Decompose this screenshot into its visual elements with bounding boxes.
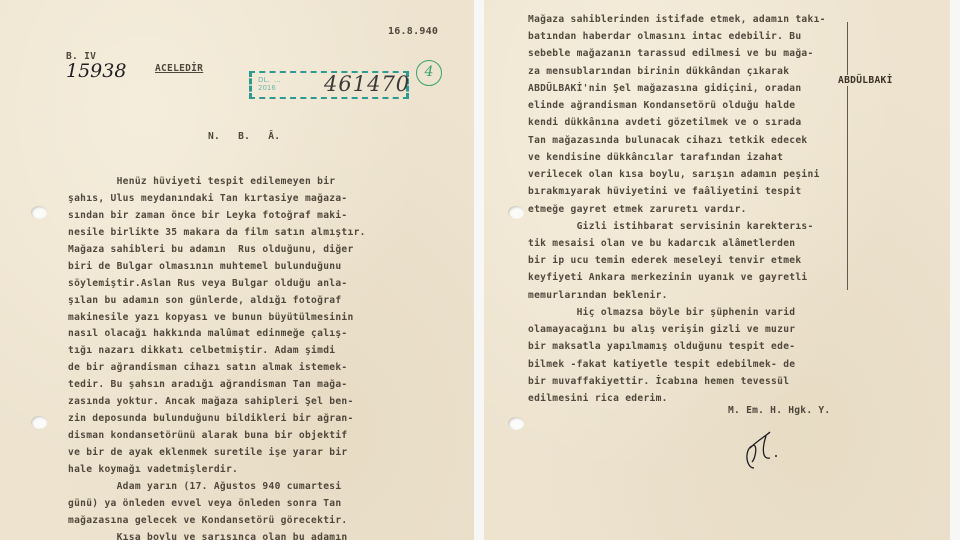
text-line: de bir ağrandisman cihazı satın almak is…: [68, 362, 348, 373]
text-line: nesile birlikte 35 makara da film satın …: [68, 227, 366, 238]
text-line: Hiç olmazsa böyle bir şüphenin varid: [528, 307, 795, 318]
text-line: biri de Bulgar olmasının muhtemel bulund…: [68, 261, 341, 272]
addressee: N. B. Â.: [208, 131, 280, 142]
punch-hole: [31, 206, 47, 219]
text-line: keyfiyeti Ankara merkezinin uyanık ve ga…: [528, 272, 808, 283]
text-line: tedir. Bu şahsın aradığı ağrandisman Tan…: [68, 379, 348, 390]
text-line: hale koymağı vadetmişlerdir.: [68, 464, 238, 475]
text-line: nasıl olacağı hakkında malûmat edinmeğe …: [68, 328, 348, 339]
text-line: zin deposunda bulunduğunu bildikleri bir…: [68, 413, 354, 424]
text-line: mağazasına gelecek ve Kondansetörü görec…: [68, 515, 348, 526]
text-line: zasında yoktur. Ancak mağaza sahipleri Ş…: [68, 396, 354, 407]
handwritten-signature: [740, 428, 780, 472]
text-line: za mensublarından birinin dükkândan çıka…: [528, 66, 789, 77]
text-line: tığı nazarı dikkatı celbetmiştir. Adam ş…: [68, 345, 335, 356]
text-line: batından haberdar olmasını intac edebili…: [528, 31, 801, 42]
text-line: verilecek olan kısa boylu, sarışın adamı…: [528, 169, 820, 180]
signature-block: M. Em. H. Hgk. Y.: [728, 405, 830, 416]
text-line: disman kondansetörünü alarak buna bir ob…: [68, 430, 348, 441]
text-line: edilmesini rica ederim.: [528, 393, 668, 404]
text-line: kendi dükkânına avdeti gözetilmek ve o s…: [528, 117, 801, 128]
stamp-label: DL. ... 2016: [258, 76, 281, 92]
text-line: memurlarından beklenir.: [528, 290, 668, 301]
text-line: olamayacağını bu alış verişin gizli ve m…: [528, 324, 795, 335]
text-line: bir maksatla yapılmamış olduğunu tespit …: [528, 341, 795, 352]
punch-hole: [508, 206, 524, 219]
text-line: Adam yarın (17. Ağustos 940 cumartesi: [68, 481, 341, 492]
text-line: ve kendisine dükkâncılar tarafından izah…: [528, 152, 783, 163]
text-line: ABDÜLBAKİ'nin Şel mağazasına gidiçini, o…: [528, 83, 801, 94]
punch-hole: [508, 417, 524, 430]
text-line: sından bir zaman önce bir Leyka fotoğraf…: [68, 210, 348, 221]
document-page-left: 16.8.940 B. IV 15938 ACELEDİR DL. ... 20…: [0, 0, 474, 540]
text-line: Gizli istihbarat servisinin karekterıs-: [528, 221, 814, 232]
text-line: bir ip ucu temin ederek meseleyi tenvir …: [528, 255, 801, 266]
text-line: şahıs, Ulus meydanındaki Tan kırtasiye m…: [68, 193, 348, 204]
circled-page-number: 4: [416, 60, 442, 86]
text-line: makinesile yazı kopyası ve bunun büyütül…: [68, 312, 354, 323]
handwritten-number: 15938: [66, 60, 126, 82]
text-line: günü) ya önleden evvel veya önleden sonr…: [68, 498, 341, 509]
text-line: söylemiştir.Aslan Rus veya Bulgar olduğu…: [68, 278, 348, 289]
margin-bracket-line: [847, 22, 848, 290]
text-line: bırakmıyarak hüviyetini ve faâliyetini t…: [528, 186, 801, 197]
text-line: Mağaza sahiblerinden istifade etmek, ada…: [528, 14, 826, 25]
text-line: ve bir de ayak eklenmek suretile işe yar…: [68, 447, 348, 458]
urgency-label: ACELEDİR: [155, 63, 203, 74]
text-line: Henüz hüviyeti tespit edilemeyen bir: [68, 176, 335, 187]
text-line: etmeğe gayret etmek zaruretı vardır.: [528, 204, 747, 215]
text-line: bilmek -fakat katiyetle tespit edebilmek…: [528, 359, 795, 370]
text-line: Kısa boylu ve sarışınca olan bu adamın: [68, 532, 348, 540]
margin-note: ABDÜLBAKİ: [838, 75, 893, 86]
stamp-number: 461470: [324, 72, 410, 96]
text-line: şılan bu adamın son günlerde, aldığı fot…: [68, 295, 341, 306]
text-line: Mağaza sahibleri bu adamın Rus olduğunu,…: [68, 244, 354, 255]
document-page-right: ABDÜLBAKİ Mağaza sahiblerinden istifade …: [484, 0, 950, 540]
text-line: tik mesaisi olan ve bu kadarcık alâmetle…: [528, 238, 795, 249]
text-line: elinde ağrandisman Kondansetörü olduğu h…: [528, 100, 795, 111]
punch-hole: [31, 416, 47, 429]
text-line: sebeble mağazanın tarassud edilmesi ve b…: [528, 48, 814, 59]
archive-stamp: DL. ... 2016 461470: [249, 71, 409, 99]
text-line: Tan mağazasında bulunacak cihazı tetkik …: [528, 135, 808, 146]
text-line: bir muvaffakiyettir. İcabına hemen teves…: [528, 376, 789, 387]
document-date: 16.8.940: [388, 26, 438, 37]
